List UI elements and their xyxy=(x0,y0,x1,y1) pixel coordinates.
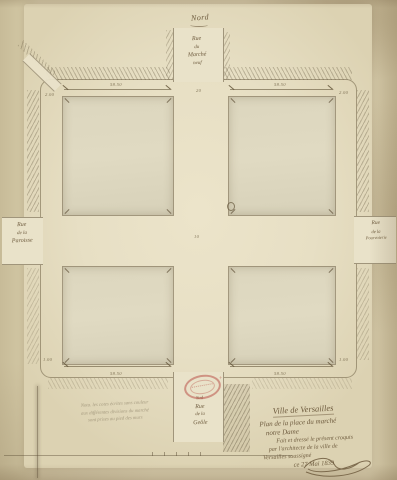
paper-edge-shading xyxy=(0,0,397,8)
dimension-line xyxy=(230,366,332,367)
hatching xyxy=(27,268,39,364)
street-label-west: Rue de la Paroisse xyxy=(4,221,41,244)
street-label-north: Rue du Marché neuf xyxy=(175,35,218,66)
paper-edge-shading xyxy=(0,464,397,480)
dimension-line xyxy=(230,89,332,90)
dimension-line xyxy=(64,366,170,367)
crossing-width-label: 10 xyxy=(194,234,199,239)
corner-tick-icon xyxy=(65,358,70,363)
market-block-sw xyxy=(62,266,174,365)
market-block-se xyxy=(228,266,336,365)
scanned-plan-paper: 58.50 58.50 58.50 58.50 20 10 2.00 2.00 … xyxy=(0,0,397,480)
dimension-label-nw: 58.50 xyxy=(110,82,122,87)
corner-tick-icon xyxy=(65,209,70,214)
hatching xyxy=(223,32,230,80)
corner-dim-label: 2.00 xyxy=(45,92,54,97)
corner-tick-icon xyxy=(167,209,172,214)
corner-dim-label: 1.00 xyxy=(43,357,52,362)
hatching xyxy=(357,268,369,360)
street-width-label: 20 xyxy=(196,88,201,93)
corner-tick-icon xyxy=(231,358,236,363)
corner-dim-label: 1.00 xyxy=(339,357,348,362)
hatching xyxy=(224,67,352,80)
cartouche-title: Ville de Versailles xyxy=(273,404,334,418)
hatching xyxy=(223,384,250,452)
hatching xyxy=(357,90,369,212)
hatching xyxy=(48,378,168,389)
market-block-nw xyxy=(62,96,174,216)
corner-dim-label: 2.00 xyxy=(339,90,348,95)
dimension-label-se: 58.50 xyxy=(274,371,286,376)
dimension-label-ne: 58.50 xyxy=(274,82,286,87)
hatching xyxy=(27,90,39,212)
scale-bar xyxy=(4,455,292,456)
street-label-south: Sud Rue de la Geôle xyxy=(184,395,215,426)
dimension-label-sw: 58.50 xyxy=(110,371,122,376)
small-circle-mark xyxy=(227,202,235,211)
paper-edge-shading xyxy=(369,0,397,480)
corner-tick-icon xyxy=(329,209,334,214)
market-block-ne xyxy=(228,96,336,216)
hatching xyxy=(46,67,170,80)
hatching xyxy=(252,378,352,389)
dimension-line xyxy=(64,89,170,90)
flourish-underline-icon xyxy=(190,23,208,27)
hatching xyxy=(166,30,173,80)
